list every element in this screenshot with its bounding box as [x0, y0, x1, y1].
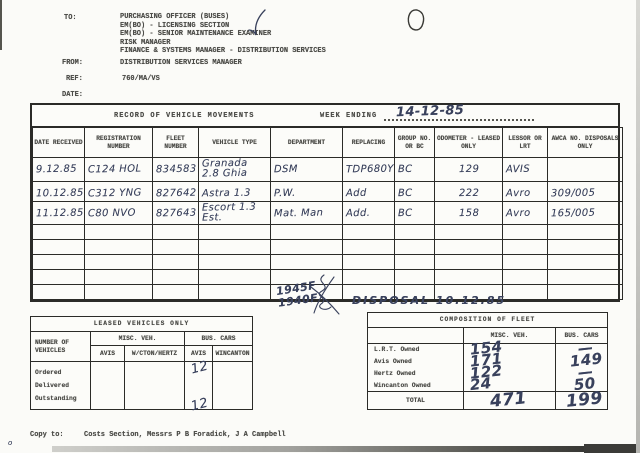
leased-row-labels: Ordered Delivered Outstanding — [31, 362, 91, 410]
subheader-wincanton: WINCANTON — [213, 346, 253, 362]
col-header-vehicle-type: VEHICLE TYPE — [199, 128, 271, 158]
cell-department: Mat. Man — [271, 201, 343, 225]
leased-table-title: LEASED VEHICLES ONLY — [31, 317, 253, 332]
cell-odometer: 222 — [435, 181, 503, 201]
cell-group: BC — [395, 201, 435, 225]
cell-odometer: 129 — [435, 158, 503, 182]
scan-left-edge — [0, 0, 2, 50]
cell-registration: C312 YNG — [85, 181, 153, 201]
ref-label: REF: — [66, 75, 83, 83]
copy-to-label: Copy to: — [30, 431, 64, 439]
stray-pen-mark: o — [8, 439, 13, 447]
subheader-avis-bus: AVIS — [185, 346, 213, 362]
cell-awca: 165/005 — [548, 201, 623, 225]
movement-row: 10.12.85 C312 YNG 827642 Astra 1.3 P.W. … — [33, 181, 623, 201]
bus-cars-header: BUS. CARS — [185, 332, 253, 346]
cell-lessor: Avro — [503, 181, 548, 201]
col-header-fleet-number: FLEET NUMBER — [153, 128, 199, 158]
cell-department: DSM — [271, 158, 343, 182]
cell-vehicle-type: Granada 2.8 Ghia — [199, 158, 271, 182]
empty-row — [33, 240, 623, 255]
cell-vehicle-type: Escort 1.3 Est. — [199, 201, 271, 225]
cell-lessor: AVIS — [503, 158, 548, 182]
signature-scribble — [306, 272, 342, 316]
movements-header-row: DATE RECEIVED REGISTRATION NUMBER FLEET … — [33, 128, 623, 158]
col-header-lessor: LESSOR OR LRT — [503, 128, 548, 158]
recipient: FINANCE & SYSTEMS MANAGER - DISTRIBUTION… — [120, 47, 326, 56]
fleet-total-misc: 471 — [464, 392, 556, 410]
movement-row: 11.12.85 C80 NVO 827643 Escort 1.3 Est. … — [33, 201, 623, 225]
col-header-awca-no: AWCA NO. DISPOSALS ONLY — [548, 128, 623, 158]
cell-replacing: TDP680Y — [343, 158, 395, 182]
fleet-row-label: L.R.T. Owned — [368, 344, 464, 356]
empty-row — [33, 255, 623, 270]
row-label-outstanding: Outstanding — [35, 392, 90, 405]
cell-date: 10.12.85 — [33, 181, 85, 201]
from-value: DISTRIBUTION SERVICES MANAGER — [120, 59, 242, 67]
cell-lessor: Avro — [503, 201, 548, 225]
fleet-table-title: COMPOSITION OF FLEET — [368, 313, 608, 328]
from-label: FROM: — [62, 59, 83, 67]
scan-right-edge — [636, 0, 640, 453]
cell-replacing: Add. — [343, 201, 395, 225]
leased-vehicles-table: LEASED VEHICLES ONLY NUMBER OF VEHICLES … — [30, 316, 253, 410]
col-header-date-received: DATE RECEIVED — [33, 128, 85, 158]
misc-veh-header: MISC. VEH. — [91, 332, 185, 346]
fleet-total-bus: 199 — [556, 392, 608, 410]
cell-vehicle-type: Astra 1.3 — [199, 181, 271, 201]
cell-fleet: 827642 — [153, 181, 199, 201]
cell-fleet: 834583 — [153, 158, 199, 182]
col-header-registration: REGISTRATION NUMBER — [85, 128, 153, 158]
fleet-row-label: Avis Owned — [368, 356, 464, 368]
disposal-note: DISPOSAL 10.12.85 — [352, 294, 506, 307]
col-header-department: DEPARTMENT — [271, 128, 343, 158]
week-ending-value: 14-12-85 — [396, 103, 465, 120]
subheader-avis-misc: AVIS — [91, 346, 125, 362]
bus-avis-ordered-value: 12 — [190, 362, 212, 374]
cell-odometer: 158 — [435, 201, 503, 225]
ref-value: 760/MA/VS — [122, 75, 160, 83]
cell-awca: 309/005 — [548, 181, 623, 201]
to-label: TO: — [64, 14, 77, 22]
cell-registration: C124 HOL — [85, 158, 153, 182]
week-ending-dotted-line: 14-12-85 — [384, 106, 534, 121]
subheader-wcton-hertz: W/CTON/HERTZ — [125, 346, 185, 362]
cell-date: 9.12.85 — [33, 158, 85, 182]
scan-edge-dark-corner — [584, 444, 640, 453]
composition-of-fleet-table: COMPOSITION OF FLEET MISC. VEH. BUS. CAR… — [367, 312, 608, 410]
cell-group: BC — [395, 158, 435, 182]
scan-edge-band — [52, 446, 640, 452]
cell-replacing: Add — [343, 181, 395, 201]
recipient-list: PURCHASING OFFICER (BUSES) EM(BO) - LICE… — [120, 13, 326, 56]
cell-fleet: 827643 — [153, 201, 199, 225]
bus-avis-outstanding-value: 12 — [190, 398, 212, 410]
movements-title-bar: RECORD OF VEHICLE MOVEMENTS WEEK ENDING … — [32, 105, 618, 127]
fleet-row-label: Hertz Owned — [368, 368, 464, 380]
scanned-memo-page: TO: PURCHASING OFFICER (BUSES) EM(BO) - … — [0, 0, 640, 453]
recipient: PURCHASING OFFICER (BUSES) — [120, 13, 326, 22]
date-label: DATE: — [62, 91, 83, 99]
copy-to-value: Costs Section, Messrs P B Foradick, J A … — [84, 431, 286, 439]
col-header-replacing: REPLACING — [343, 128, 395, 158]
row-label-delivered: Delivered — [35, 379, 90, 392]
recipient: EM(BO) - LICENSING SECTION — [120, 22, 326, 31]
cell-group: BC — [395, 181, 435, 201]
recipient: EM(BO) - SENIOR MAINTENANCE EXAMINER — [120, 30, 326, 39]
movement-row: 9.12.85 C124 HOL 834583 Granada 2.8 Ghia… — [33, 158, 623, 182]
handwritten-tick-mark — [243, 8, 269, 40]
row-label-ordered: Ordered — [35, 366, 90, 379]
cell-department: P.W. — [271, 181, 343, 201]
leased-cell-wcton-hertz — [125, 362, 185, 410]
empty-row — [33, 225, 623, 240]
fleet-total-label: TOTAL — [368, 392, 464, 410]
number-of-vehicles-label: NUMBER OF VEHICLES — [31, 332, 91, 362]
cell-awca — [548, 158, 623, 182]
hand-drawn-circle-mark — [402, 6, 430, 36]
leased-cell-avis-misc — [91, 362, 125, 410]
col-header-odometer: ODOMETER - LEASED ONLY — [435, 128, 503, 158]
leased-cell-wincanton — [213, 362, 253, 410]
cell-registration: C80 NVO — [85, 201, 153, 225]
fleet-row-label: Wincanton Owned — [368, 380, 464, 392]
movements-title: RECORD OF VEHICLE MOVEMENTS — [114, 112, 254, 120]
leased-cell-avis-bus: 12 12 — [185, 362, 213, 410]
fleet-corner-cell — [368, 328, 464, 344]
cell-date: 11.12.85 — [33, 201, 85, 225]
col-header-group-no: GROUP NO. OR BC — [395, 128, 435, 158]
week-ending-label: WEEK ENDING — [320, 112, 377, 120]
